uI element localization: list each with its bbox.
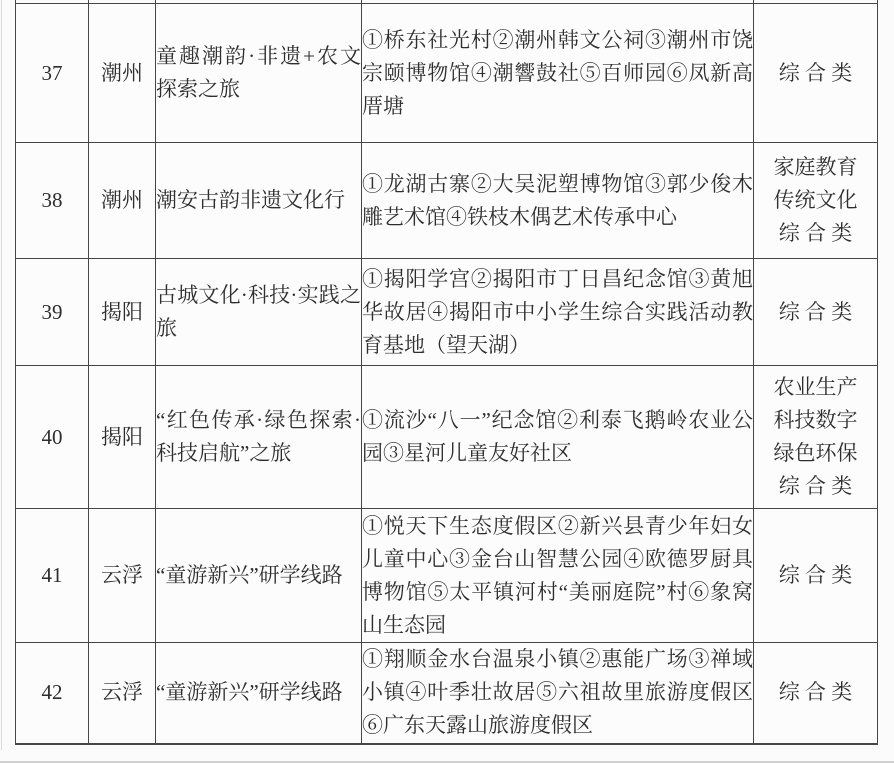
routes-table-container: 37 潮州 童趣潮韵·非遗+农文探索之旅 ①桥东社光村②潮州韩文公祠③潮州市饶宗… — [15, 0, 878, 745]
cell-site-list: ①桥东社光村②潮州韩文公祠③潮州市饶宗颐博物馆④潮響鼓社⑤百师园⑥凤新高厝塘 — [362, 4, 754, 143]
cell-category: 农业生产科技数字绿色环保综 合 类 — [754, 366, 878, 509]
cell-route-name: “童游新兴”研学线路 — [156, 509, 362, 643]
category-line: 综 合 类 — [754, 217, 877, 250]
category-line: 综 合 类 — [754, 470, 877, 503]
cell-site-list: ①揭阳学宫②揭阳市丁日昌纪念馆③黄旭华故居④揭阳市中小学生综合实践活动教育基地（… — [362, 259, 754, 366]
cell-city: 云浮 — [89, 643, 156, 744]
cell-category: 综 合 类 — [754, 259, 878, 366]
cell-site-list: ①流沙“八一”纪念馆②利泰飞鹅岭农业公园③星河儿童友好社区 — [362, 366, 754, 509]
table-row: 42 云浮 “童游新兴”研学线路 ①翔顺金水台温泉小镇②惠能广场③禅域小镇④叶季… — [16, 643, 878, 744]
page-bottom-edge — [0, 761, 894, 763]
category-line: 家庭教育 — [754, 151, 877, 184]
category-line: 综 合 类 — [754, 676, 877, 709]
category-line: 传统文化 — [754, 184, 877, 217]
cell-city: 揭阳 — [89, 366, 156, 509]
cell-number: 39 — [16, 259, 89, 366]
cell-number: 42 — [16, 643, 89, 744]
category-line: 综 合 类 — [754, 559, 877, 592]
routes-table-body: 37 潮州 童趣潮韵·非遗+农文探索之旅 ①桥东社光村②潮州韩文公祠③潮州市饶宗… — [16, 0, 878, 744]
category-line: 综 合 类 — [754, 57, 877, 90]
cell-route-name: “童游新兴”研学线路 — [156, 643, 362, 744]
document-page: { "page": { "background": "#fbfbfb", "ta… — [0, 0, 894, 764]
table-row: 37 潮州 童趣潮韵·非遗+农文探索之旅 ①桥东社光村②潮州韩文公祠③潮州市饶宗… — [16, 4, 878, 143]
cell-city: 潮州 — [89, 4, 156, 143]
cell-category: 家庭教育传统文化综 合 类 — [754, 143, 878, 259]
cell-route-name: 潮安古韵非遗文化行 — [156, 143, 362, 259]
table-row: 39 揭阳 古城文化·科技·实践之旅 ①揭阳学宫②揭阳市丁日昌纪念馆③黄旭华故居… — [16, 259, 878, 366]
cell-site-list: ①龙湖古寨②大吴泥塑博物馆③郭少俊木雕艺术馆④铁枝木偶艺术传承中心 — [362, 143, 754, 259]
cell-category: 综 合 类 — [754, 643, 878, 744]
category-line: 绿色环保 — [754, 437, 877, 470]
table-row: 40 揭阳 “红色传承·绿色探索·科技启航”之旅 ①流沙“八一”纪念馆②利泰飞鹅… — [16, 366, 878, 509]
cell-number: 40 — [16, 366, 89, 509]
cell-route-name: “红色传承·绿色探索·科技启航”之旅 — [156, 366, 362, 509]
cell-category: 综 合 类 — [754, 4, 878, 143]
category-line: 农业生产 — [754, 371, 877, 404]
cell-number: 38 — [16, 143, 89, 259]
cell-site-list: ①翔顺金水台温泉小镇②惠能广场③禅域小镇④叶季壮故居⑤六祖故里旅游度假区⑥广东天… — [362, 643, 754, 744]
category-line: 科技数字 — [754, 404, 877, 437]
page-left-edge — [1, 0, 2, 750]
cell-city: 潮州 — [89, 143, 156, 259]
category-line: 综 合 类 — [754, 296, 877, 329]
table-row: 38 潮州 潮安古韵非遗文化行 ①龙湖古寨②大吴泥塑博物馆③郭少俊木雕艺术馆④铁… — [16, 143, 878, 259]
cell-route-name: 古城文化·科技·实践之旅 — [156, 259, 362, 366]
cell-number: 41 — [16, 509, 89, 643]
cell-category: 综 合 类 — [754, 509, 878, 643]
cell-city: 揭阳 — [89, 259, 156, 366]
cell-site-list: ①悦天下生态度假区②新兴县青少年妇女儿童中心③金台山智慧公园④欧德罗厨具博物馆⑤… — [362, 509, 754, 643]
cell-route-name: 童趣潮韵·非遗+农文探索之旅 — [156, 4, 362, 143]
cell-city: 云浮 — [89, 509, 156, 643]
cell-number: 37 — [16, 4, 89, 143]
routes-table: 37 潮州 童趣潮韵·非遗+农文探索之旅 ①桥东社光村②潮州韩文公祠③潮州市饶宗… — [15, 0, 878, 745]
table-row: 41 云浮 “童游新兴”研学线路 ①悦天下生态度假区②新兴县青少年妇女儿童中心③… — [16, 509, 878, 643]
